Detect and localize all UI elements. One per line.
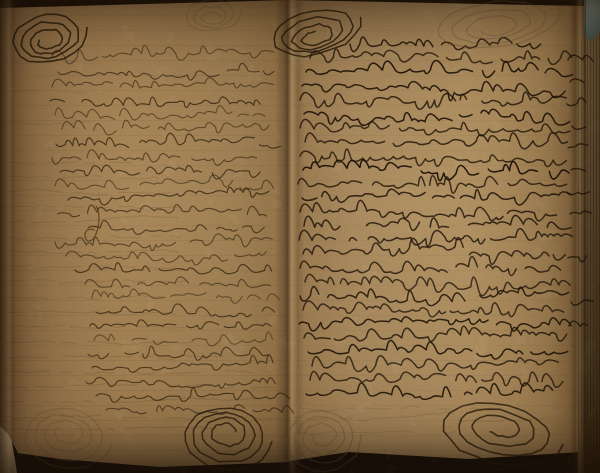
crease-line bbox=[2, 121, 101, 125]
handwriting-line bbox=[94, 332, 273, 346]
handwriting-line bbox=[298, 176, 567, 193]
handwriting-line bbox=[55, 106, 265, 120]
handwriting-line bbox=[96, 388, 289, 402]
handwriting-line bbox=[300, 257, 569, 276]
handwriting-line bbox=[300, 92, 566, 109]
handwriting-line bbox=[86, 377, 275, 387]
crease-line bbox=[2, 295, 163, 299]
handwriting-line bbox=[310, 371, 563, 387]
ink-mark bbox=[571, 300, 593, 305]
ink-mark bbox=[568, 144, 588, 148]
handwriting-line bbox=[312, 356, 558, 372]
handwriting-line bbox=[58, 63, 274, 80]
handwriting-line bbox=[75, 263, 272, 274]
crease-line bbox=[298, 431, 456, 434]
handwriting-line bbox=[300, 287, 569, 306]
ink-mark bbox=[572, 126, 586, 129]
flourish-spiral bbox=[187, 0, 243, 31]
handwriting-line bbox=[302, 189, 571, 205]
handwriting-line bbox=[50, 97, 260, 108]
handwriting-line bbox=[85, 277, 270, 288]
handwriting-line bbox=[55, 175, 274, 190]
handwriting-line bbox=[68, 187, 269, 205]
crease-line bbox=[2, 176, 158, 179]
crease-line bbox=[4, 160, 145, 164]
crease-line bbox=[4, 370, 251, 374]
crease-line bbox=[4, 427, 216, 431]
crease-line bbox=[3, 205, 179, 208]
handwriting-line bbox=[52, 45, 274, 64]
ink-mark bbox=[567, 98, 586, 106]
handwriting-line bbox=[305, 274, 570, 295]
handwriting-layer bbox=[0, 0, 600, 473]
ink-mark bbox=[571, 169, 586, 171]
crease-line bbox=[5, 189, 171, 194]
handwriting-line bbox=[60, 165, 260, 179]
ink-mark bbox=[568, 256, 586, 262]
handwriting-line bbox=[88, 346, 269, 360]
flourish-spiral bbox=[444, 403, 563, 465]
handwriting-line bbox=[58, 205, 267, 217]
handwriting-line bbox=[300, 119, 570, 135]
ink-mark bbox=[570, 79, 584, 83]
flourish-spiral bbox=[274, 10, 361, 57]
handwriting-line bbox=[96, 304, 275, 317]
handwriting-line bbox=[304, 326, 567, 341]
ink-mark bbox=[567, 192, 589, 195]
handwriting-line bbox=[306, 61, 573, 78]
handwriting-line bbox=[92, 289, 279, 303]
handwriting-line bbox=[310, 49, 572, 64]
handwriting-line bbox=[300, 149, 566, 167]
flourish-spiral bbox=[25, 408, 112, 468]
handwriting-line bbox=[304, 109, 570, 125]
handwriting-line bbox=[106, 405, 294, 415]
flourish-spiral bbox=[287, 411, 362, 472]
handwriting-line bbox=[303, 238, 565, 265]
handwriting-line bbox=[304, 215, 571, 230]
crease-line bbox=[6, 216, 178, 223]
ink-mark bbox=[570, 211, 591, 214]
crease-line bbox=[300, 406, 495, 411]
handwriting-line bbox=[52, 78, 273, 88]
flourish-spiral bbox=[185, 408, 272, 470]
flourish-spiral bbox=[13, 14, 87, 62]
handwriting-line bbox=[306, 383, 553, 399]
handwriting-line bbox=[88, 221, 264, 235]
handwriting-line bbox=[299, 317, 571, 331]
handwriting-line bbox=[56, 133, 281, 148]
handwriting-line bbox=[55, 234, 272, 250]
handwriting-line bbox=[62, 120, 269, 135]
handwriting-line bbox=[308, 340, 568, 359]
handwriting-line bbox=[299, 229, 573, 247]
handwriting-line bbox=[92, 355, 273, 372]
handwriting-line bbox=[305, 133, 568, 149]
crease-line bbox=[5, 398, 257, 403]
crease-line bbox=[2, 355, 225, 360]
manuscript-scan bbox=[0, 0, 600, 473]
crease-line bbox=[3, 90, 87, 93]
handwriting-line bbox=[52, 150, 268, 165]
handwriting-line bbox=[303, 301, 574, 317]
